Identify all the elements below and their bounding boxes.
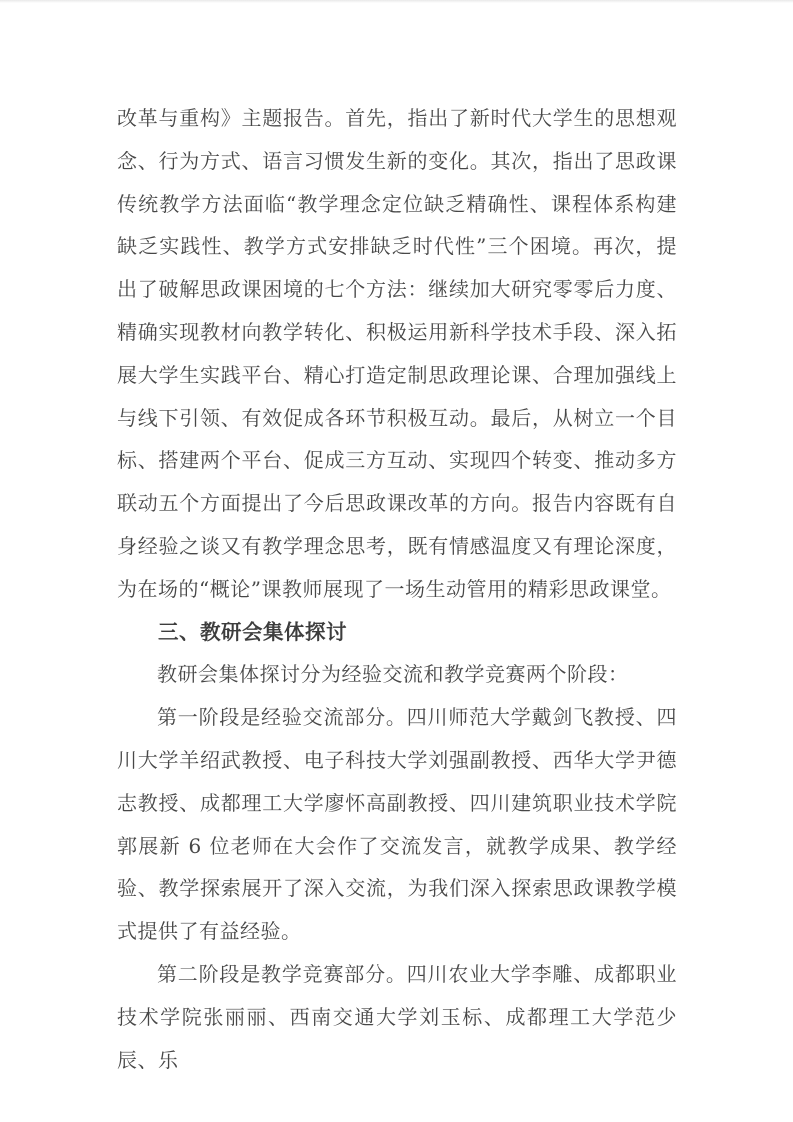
- document-page: 改革与重构》主题报告。首先，指出了新时代大学生的思想观念、行为方式、语言习惯发生…: [0, 0, 793, 1122]
- paragraph-report-summary: 改革与重构》主题报告。首先，指出了新时代大学生的思想观念、行为方式、语言习惯发生…: [117, 97, 677, 611]
- paragraph-stage-one-experience-exchange: 第一阶段是经验交流部分。四川师范大学戴剑飞教授、四川大学羊绍武教授、电子科技大学…: [117, 696, 677, 953]
- page-content: 改革与重构》主题报告。首先，指出了新时代大学生的思想观念、行为方式、语言习惯发生…: [117, 97, 677, 1081]
- page-top-edge: [0, 0, 793, 3]
- paragraph-discussion-stages-intro: 教研会集体探讨分为经验交流和教学竞赛两个阶段：: [117, 653, 677, 696]
- section-heading-group-discussion: 三、教研会集体探讨: [117, 611, 677, 654]
- paragraph-stage-two-teaching-competition: 第二阶段是教学竞赛部分。四川农业大学李雕、成都职业技术学院张丽丽、西南交通大学刘…: [117, 953, 677, 1081]
